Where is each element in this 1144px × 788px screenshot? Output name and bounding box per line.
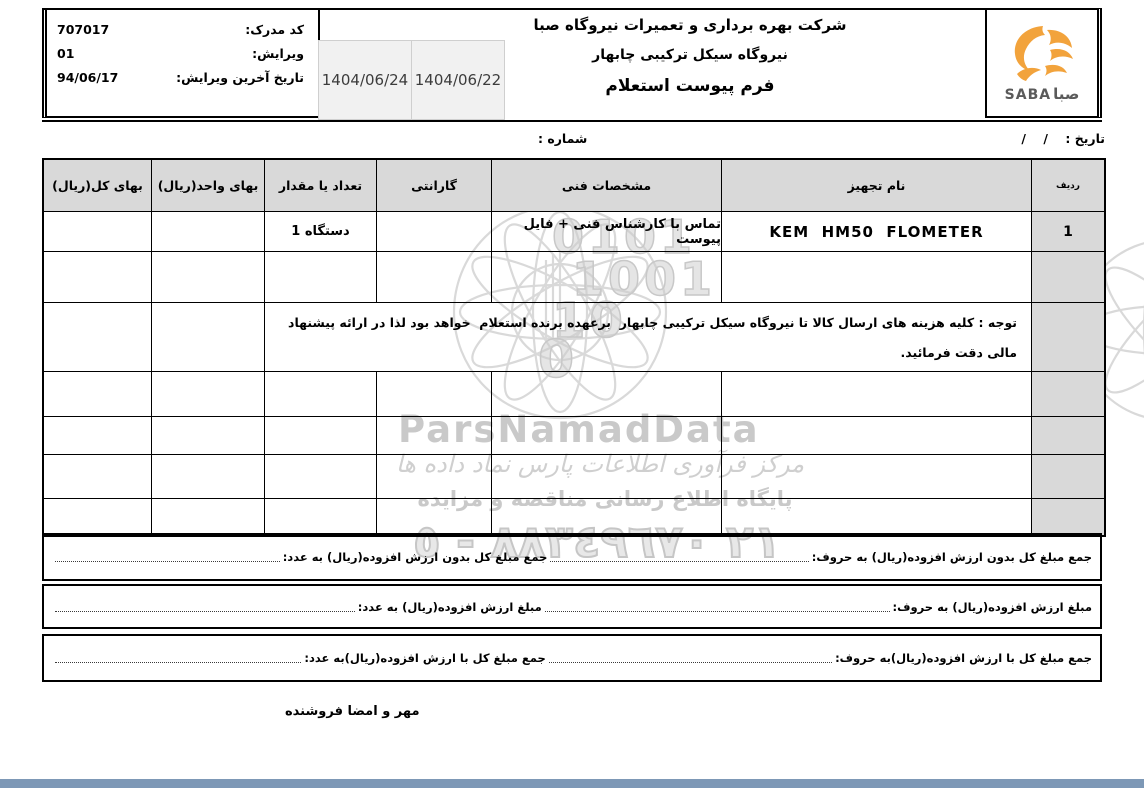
table-cell xyxy=(492,455,722,499)
doc-code-label: کد مدرک: xyxy=(245,22,304,37)
saba-logotype-farsi: صبا xyxy=(1053,85,1079,103)
table-cell xyxy=(722,417,1032,455)
doc-last-edit-row: تاریخ آخرین ویرایش: 94/06/17 xyxy=(57,70,304,85)
cell-unit-price-r1 xyxy=(152,212,265,252)
table-cell xyxy=(722,455,1032,499)
saba-logotype-latin: SABA xyxy=(1005,87,1051,103)
saba-logo-icon xyxy=(1003,24,1081,82)
doc-revision-row: ویرایش: 01 xyxy=(57,46,304,61)
dotted-leader xyxy=(549,653,832,663)
table-cell xyxy=(44,417,152,455)
cell-row-no-r2 xyxy=(1032,252,1104,303)
table-cell xyxy=(722,252,1032,303)
table-cell xyxy=(377,499,492,535)
col-header-total-price: بهای کل(ریال) xyxy=(44,160,152,212)
cell-equipment-r1: KEM HM50 FLOMETER xyxy=(722,212,1032,252)
date-field-label: تاریخ : / / xyxy=(960,131,1105,146)
form-content: کد مدرک: 707017 ویرایش: 01 تاریخ آخرین و… xyxy=(0,0,1144,788)
doc-code-value: 707017 xyxy=(57,22,109,37)
cell-specs-r1: تماس با کارشناس فنی + فایل پیوست xyxy=(492,212,722,252)
vat-words-label: مبلغ ارزش افزوده(ریال) به حروف: xyxy=(893,600,1092,614)
saba-logo-box: SABA صبا xyxy=(985,8,1102,118)
table-cell xyxy=(492,417,722,455)
vat-digits-label: مبلغ ارزش افزوده(ریال) به عدد: xyxy=(358,600,542,614)
cell-warranty-r1 xyxy=(377,212,492,252)
table-cell xyxy=(265,499,377,535)
dotted-leader xyxy=(55,602,355,612)
cell-row-no-r5 xyxy=(1032,417,1104,455)
col-header-row-no: ردیف xyxy=(1032,160,1104,212)
table-cell xyxy=(265,455,377,499)
table-cell xyxy=(152,372,265,417)
cell-row-no-r1: 1 xyxy=(1032,212,1104,252)
cell-row-no-r4 xyxy=(1032,372,1104,417)
doc-code-row: کد مدرک: 707017 xyxy=(57,22,304,37)
table-cell xyxy=(44,252,152,303)
table-cell xyxy=(152,417,265,455)
table-cell xyxy=(377,372,492,417)
table-cell xyxy=(492,372,722,417)
col-header-quantity: تعداد یا مقدار xyxy=(265,160,377,212)
date-stamp-cell-left: 1404/06/24 xyxy=(319,41,412,119)
total-with-vat-digits-label: جمع مبلغ کل با ارزش افزوده(ریال)به عدد: xyxy=(304,651,545,665)
total-with-vat-box: جمع مبلغ کل با ارزش افزوده(ریال)به حروف:… xyxy=(42,634,1102,682)
doc-revision-value: 01 xyxy=(57,46,74,61)
total-without-vat-words-label: جمع مبلغ کل بدون ارزش افزوده(ریال) به حر… xyxy=(812,550,1092,564)
table-cell xyxy=(265,417,377,455)
table-cell xyxy=(377,417,492,455)
doc-last-edit-value: 94/06/17 xyxy=(57,70,118,85)
table-cell xyxy=(722,499,1032,535)
table-cell xyxy=(377,455,492,499)
table-cell xyxy=(44,372,152,417)
shipping-note-cell: توجه : کلیه هزینه های ارسال کالا تا نیرو… xyxy=(265,303,1032,372)
dotted-leader xyxy=(55,552,280,562)
inquiry-form-page: 0101 1001 10 0 ParsNamadData مرکز فرآوری… xyxy=(0,0,1144,788)
company-name: شرکت بهره برداری و تعمیرات نیروگاه صبا xyxy=(420,16,960,34)
table-cell xyxy=(377,252,492,303)
date-stamp-overlay: 1404/06/24 1404/06/22 xyxy=(318,40,505,120)
table-cell xyxy=(492,499,722,535)
table-cell xyxy=(152,455,265,499)
total-without-vat-box: جمع مبلغ کل بدون ارزش افزوده(ریال) به حر… xyxy=(42,533,1102,581)
table-cell xyxy=(44,303,152,372)
seller-signature-label: مهر و امضا فروشنده xyxy=(285,704,420,719)
dotted-leader xyxy=(55,653,301,663)
table-cell xyxy=(492,252,722,303)
cell-row-no-r6 xyxy=(1032,455,1104,499)
document-info-box: کد مدرک: 707017 ویرایش: 01 تاریخ آخرین و… xyxy=(42,8,320,118)
vat-amount-box: مبلغ ارزش افزوده(ریال) به حروف: مبلغ ارز… xyxy=(42,584,1102,629)
total-with-vat-words-label: جمع مبلغ کل با ارزش افزوده(ریال)به حروف: xyxy=(835,651,1092,665)
items-table: بهای کل(ریال) بهای واحد(ریال) تعداد یا م… xyxy=(42,158,1106,537)
cell-row-no-note xyxy=(1032,303,1104,372)
table-cell xyxy=(722,372,1032,417)
col-header-warranty: گارانتی xyxy=(377,160,492,212)
col-header-unit-price: بهای واحد(ریال) xyxy=(152,160,265,212)
table-cell xyxy=(265,252,377,303)
table-cell xyxy=(152,499,265,535)
saba-logotype: SABA صبا xyxy=(1005,85,1080,103)
col-header-equipment: نام تجهیز xyxy=(722,160,1032,212)
cell-row-no-r7 xyxy=(1032,499,1104,535)
table-cell xyxy=(152,252,265,303)
dotted-leader xyxy=(550,552,808,562)
table-cell xyxy=(44,455,152,499)
table-cell xyxy=(152,303,265,372)
doc-last-edit-label: تاریخ آخرین ویرایش: xyxy=(176,70,304,85)
bottom-bar xyxy=(0,779,1144,788)
total-without-vat-digits-label: جمع مبلغ کل بدون ارزش افزوده(ریال) به عد… xyxy=(283,550,548,564)
table-cell xyxy=(44,499,152,535)
dotted-leader xyxy=(545,602,890,612)
number-field-label: شماره : xyxy=(538,131,587,146)
date-stamp-cell-right: 1404/06/22 xyxy=(412,41,504,119)
doc-revision-label: ویرایش: xyxy=(252,46,304,61)
cell-total-price-r1 xyxy=(44,212,152,252)
cell-quantity-r1: 1 دستگاه xyxy=(265,212,377,252)
col-header-specs: مشخصات فنی xyxy=(492,160,722,212)
table-cell xyxy=(265,372,377,417)
